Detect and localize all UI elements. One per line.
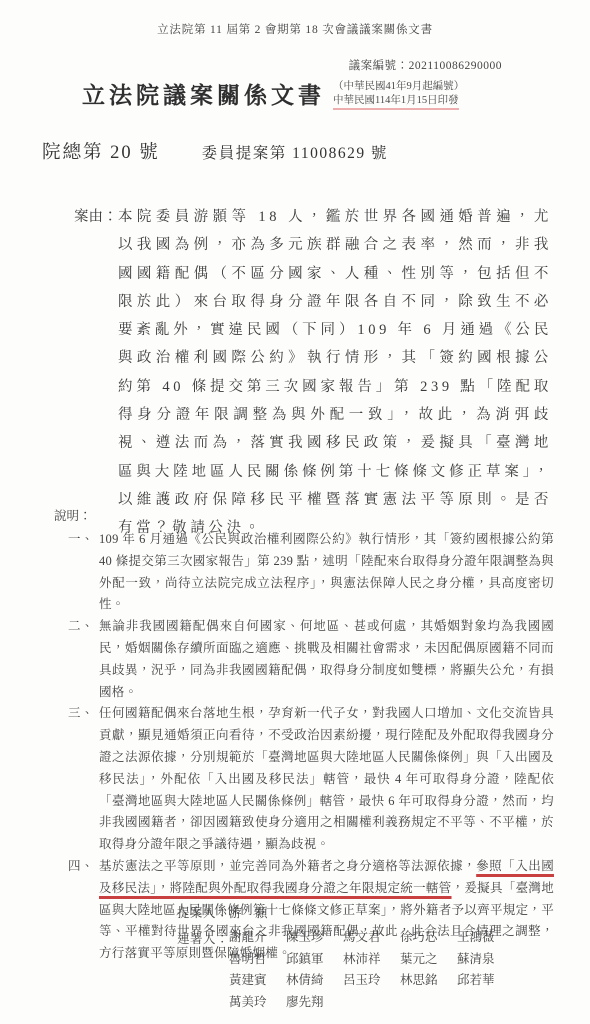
subject-section: 案由： 本院委員游顥等 18 人，鑑於世界各國通婚普遍，尤以我國為例，亦為多元族… bbox=[74, 203, 552, 543]
item-number: 三、 bbox=[68, 703, 99, 725]
explanation-label: 說明： bbox=[54, 506, 92, 524]
proposer-row: 提案人：游 顥 bbox=[177, 903, 268, 921]
explanation-item-2: 二、 無論非我國國籍配偶來自何國家、何地區、甚或何處，其婚姻對象均為我國國民，婚… bbox=[68, 616, 554, 703]
title-row: 立法院議案關係文書 （中華民國41年9月起編號） 中華民國114年1月15日印發 bbox=[82, 76, 560, 110]
proposer-label: 提案人： bbox=[177, 906, 229, 920]
cosigner-name: 林思銘 bbox=[400, 972, 457, 989]
cosigner-label: 連署人： bbox=[177, 929, 229, 947]
cosigner-name: 邱鎮軍 bbox=[286, 951, 343, 968]
cosigner-name: 陳玉珍 bbox=[286, 929, 343, 946]
cosigner-row: 連署人： 謝龍介 陳玉珍 馬文君 徐巧芯 王鴻薇 魯明哲 邱鎮軍 林沛祥 葉元之… bbox=[177, 929, 514, 1011]
subject-text: 本院委員游顥等 18 人，鑑於世界各國通婚普遍，尤以我國為例，亦為多元族群融合之… bbox=[118, 203, 552, 543]
cosigner-name: 廖先翔 bbox=[286, 994, 343, 1011]
item-text: 任何國籍配偶來台落地生根，孕育新一代子女，對我國人口增加、文化交流皆具貢獻，顯見… bbox=[99, 703, 554, 856]
explanation-item-3: 三、 任何國籍配偶來台落地生根，孕育新一代子女，對我國人口增加、文化交流皆具貢獻… bbox=[68, 703, 554, 856]
proposer-name: 游 顥 bbox=[229, 906, 268, 920]
cosigner-name: 謝龍介 bbox=[229, 929, 286, 946]
cosigner-name: 蘇清泉 bbox=[457, 951, 514, 968]
item-text-segment: 基於憲法之平等原則，並完善同為外籍者之身分適格等法源依據， bbox=[99, 859, 476, 873]
item-number: 一、 bbox=[68, 529, 99, 551]
cosigner-grid: 謝龍介 陳玉珍 馬文君 徐巧芯 王鴻薇 魯明哲 邱鎮軍 林沛祥 葉元之 蘇清泉 … bbox=[229, 929, 514, 1011]
cosigner-name: 葉元之 bbox=[400, 951, 457, 968]
print-date-line: 中華民國114年1月15日印發 bbox=[333, 94, 464, 111]
cosigner-name: 林沛祥 bbox=[343, 951, 400, 968]
explanation-item-1: 一、 109 年 6 月通過《公民與政治權利國際公約》執行情形，其「簽約國根據公… bbox=[68, 529, 554, 616]
cosigner-name: 王鴻薇 bbox=[457, 929, 514, 946]
docket-number: 議案編號：202110086290000 bbox=[349, 57, 502, 73]
cosigner-name: 馬文君 bbox=[343, 929, 400, 946]
cosigner-name: 魯明哲 bbox=[229, 951, 286, 968]
title-notes: （中華民國41年9月起編號） 中華民國114年1月15日印發 bbox=[333, 80, 464, 110]
cosigner-name: 黃建賓 bbox=[229, 972, 286, 989]
numbering-note: （中華民國41年9月起編號） bbox=[333, 80, 464, 94]
member-proposal-number: 委員提案第 11008629 號 bbox=[202, 145, 388, 162]
item-text: 無論非我國國籍配偶來自何國家、何地區、甚或何處，其婚姻對象均為我國國民，婚姻關係… bbox=[99, 616, 554, 703]
yuan-general-number: 院總第 20 號 bbox=[42, 143, 160, 163]
document-page: 立法院第 11 屆第 2 會期第 18 次會議議案關係文書 議案編號：20211… bbox=[0, 0, 590, 1024]
session-header: 立法院第 11 屆第 2 會期第 18 次會議議案關係文書 bbox=[0, 21, 590, 37]
item-number: 二、 bbox=[68, 616, 99, 638]
explanation-list: 一、 109 年 6 月通過《公民與政治權利國際公約》執行情形，其「簽約國根據公… bbox=[68, 529, 554, 965]
item-number: 四、 bbox=[68, 856, 99, 878]
cosigner-name: 林倩綺 bbox=[286, 972, 343, 989]
item-text: 109 年 6 月通過《公民與政治權利國際公約》執行情形，其「簽約國根據公約第 … bbox=[99, 529, 554, 616]
subject-label: 案由： bbox=[74, 203, 118, 231]
cosigner-name: 邱若華 bbox=[457, 972, 514, 989]
cosigner-name: 萬美玲 bbox=[229, 994, 286, 1011]
cosigner-name: 徐巧芯 bbox=[400, 929, 457, 946]
document-title: 立法院議案關係文書 bbox=[82, 77, 325, 110]
case-number-row: 院總第 20 號 委員提案第 11008629 號 bbox=[42, 138, 388, 164]
print-date: 中華民國114年1月15日印發 bbox=[333, 94, 459, 111]
cosigner-name: 呂玉玲 bbox=[343, 972, 400, 989]
